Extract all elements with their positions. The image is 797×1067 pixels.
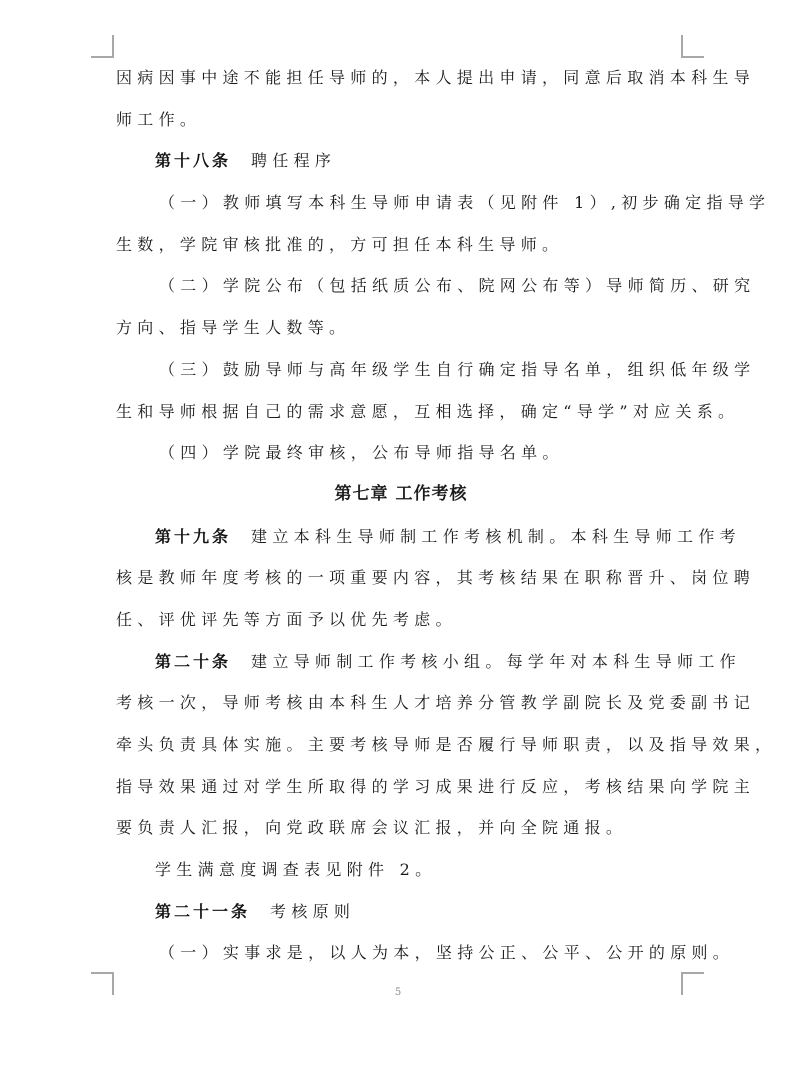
crop-mark-top-right (681, 35, 704, 58)
paragraph-line: 因病因事中途不能担任导师的，本人提出申请，同意后取消本科生导 (116, 57, 696, 99)
paragraph-line: 学生满意度调查表见附件 2。 (116, 849, 696, 891)
crop-mark-bottom-right (681, 972, 704, 995)
paragraph-line: （一）教师填写本科生导师申请表（见附件 1）,初步确定指导学 (116, 182, 696, 224)
article-title: 聘任程序 (251, 151, 336, 170)
page-number: 5 (392, 987, 404, 998)
article-19: 第十九条建立本科生导师制工作考核机制。本科生导师工作考 (116, 516, 696, 558)
chapter-heading: 第七章 工作考核 (116, 474, 686, 516)
article-text: 建立本科生导师制工作考核机制。本科生导师工作考 (251, 527, 741, 546)
crop-mark-top-left (91, 35, 114, 58)
paragraph-line: 牵头负责具体实施。主要考核导师是否履行导师职责，以及指导效果， (116, 724, 696, 766)
paragraph-line: 师工作。 (116, 99, 696, 141)
article-number: 第十八条 (155, 151, 231, 170)
paragraph-line: 生数，学院审核批准的，方可担任本科生导师。 (116, 224, 696, 266)
paragraph-line: （二）学院公布（包括纸质公布、院网公布等）导师简历、研究 (116, 265, 696, 307)
paragraph-line: （三）鼓励导师与高年级学生自行确定指导名单，组织低年级学 (116, 349, 696, 391)
document-body[interactable]: 因病因事中途不能担任导师的，本人提出申请，同意后取消本科生导 师工作。 第十八条… (116, 57, 696, 974)
article-text: 建立导师制工作考核小组。每学年对本科生导师工作 (251, 652, 741, 671)
paragraph-line: 指导效果通过对学生所取得的学习成果进行反应，考核结果向学院主 (116, 766, 696, 808)
paragraph-line: 生和导师根据自己的需求意愿，互相选择，确定“导学”对应关系。 (116, 391, 696, 433)
article-18-title: 第十八条聘任程序 (116, 140, 696, 182)
paragraph-line: 要负责人汇报，向党政联席会议汇报，并向全院通报。 (116, 807, 696, 849)
article-title: 考核原则 (270, 902, 355, 921)
paragraph-line: 方向、指导学生人数等。 (116, 307, 696, 349)
article-21-title: 第二十一条考核原则 (116, 891, 696, 933)
crop-mark-bottom-left (91, 972, 114, 995)
paragraph-line: 任、评优评先等方面予以优先考虑。 (116, 599, 696, 641)
article-number: 第二十条 (155, 652, 231, 671)
paragraph-line: （一）实事求是，以人为本，坚持公正、公平、公开的原则。 (116, 932, 696, 974)
article-number: 第十九条 (155, 527, 231, 546)
document-page: 因病因事中途不能担任导师的，本人提出申请，同意后取消本科生导 师工作。 第十八条… (0, 0, 797, 1067)
paragraph-line: 考核一次，导师考核由本科生人才培养分管教学副院长及党委副书记 (116, 682, 696, 724)
article-number: 第二十一条 (155, 902, 250, 921)
paragraph-line: 核是教师年度考核的一项重要内容，其考核结果在职称晋升、岗位聘 (116, 557, 696, 599)
article-20: 第二十条建立导师制工作考核小组。每学年对本科生导师工作 (116, 641, 696, 683)
paragraph-line: （四）学院最终审核，公布导师指导名单。 (116, 432, 696, 474)
